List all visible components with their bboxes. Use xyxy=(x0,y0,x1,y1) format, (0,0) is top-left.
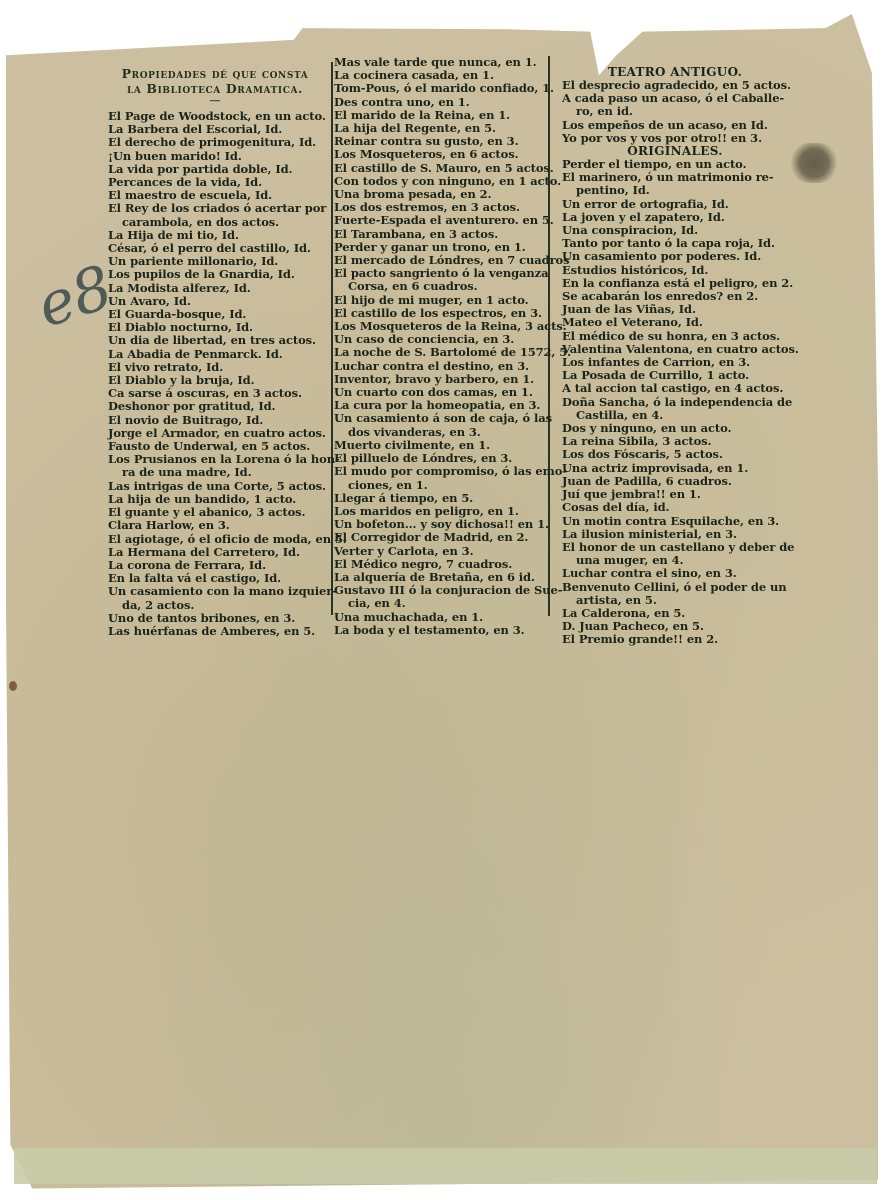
list-item: Los empeños de un acaso, en Id. xyxy=(562,119,788,132)
column-3: TEATRO ANTIGUO.El desprecio agradecido, … xyxy=(562,66,788,647)
list-item: Estudios históricos, Id. xyxy=(562,264,788,277)
list-item: Un dia de libertad, en tres actos. xyxy=(108,334,330,347)
list-item: A tal accion tal castigo, en 4 actos. xyxy=(562,382,788,395)
list-item: El médico de su honra, en 3 actos. xyxy=(562,330,788,343)
title-separator: — xyxy=(110,96,320,106)
list-item: El hijo de mi muger, en 1 acto. xyxy=(334,294,552,307)
list-item: El mudo por compromiso, ó las emo- xyxy=(334,465,552,478)
list-item: Clara Harlow, en 3. xyxy=(108,519,330,532)
list-item: La ilusion ministerial, en 3. xyxy=(562,528,788,541)
list-item: Luchar contra el sino, en 3. xyxy=(562,567,788,580)
list-item: ro, en id. xyxy=(562,105,788,118)
list-item: Cosas del día, id. xyxy=(562,501,788,514)
list-item: El Premio grande!! en 2. xyxy=(562,633,788,646)
list-item: El Tarambana, en 3 actos. xyxy=(334,228,552,241)
list-item: Des contra uno, en 1. xyxy=(334,96,552,109)
list-item: Deshonor por gratitud, Id. xyxy=(108,400,330,413)
list-item: Un error de ortografia, Id. xyxy=(562,198,788,211)
list-item: Un casamiento por poderes. Id. xyxy=(562,250,788,263)
list-item: da, 2 actos. xyxy=(108,599,330,612)
list-item: El agiotage, ó el oficio de moda, en 5. xyxy=(108,533,330,546)
list-item: cia, en 4. xyxy=(334,597,552,610)
column-1: El Page de Woodstock, en un acto.La Barb… xyxy=(108,110,330,638)
list-item: Luchar contra el destino, en 3. xyxy=(334,360,552,373)
list-item: Una actriz improvisada, en 1. xyxy=(562,462,788,475)
list-item: La Hermana del Carretero, Id. xyxy=(108,546,330,559)
list-item: Mateo el Veterano, Id. xyxy=(562,316,788,329)
list-item: Uno de tantos bribones, en 3. xyxy=(108,612,330,625)
list-item: Corsa, en 6 cuadros. xyxy=(334,280,552,293)
catalog-title: Propiedades dé que consta la Biblioteca … xyxy=(110,66,320,106)
page-hole xyxy=(9,681,17,691)
title-line-1: Propiedades dé que consta xyxy=(110,66,320,81)
list-item: Los dos Fóscaris, 5 actos. xyxy=(562,448,788,461)
list-item: Las huérfanas de Amberes, en 5. xyxy=(108,625,330,638)
list-item: El derecho de primogenitura, Id. xyxy=(108,136,330,149)
list-item: Fuerte-Espada el aventurero. en 5. xyxy=(334,214,552,227)
list-item: Tom-Pous, ó el marido confiado, 1. xyxy=(334,82,552,95)
list-item: La Modista alferez, Id. xyxy=(108,282,330,295)
list-item: Los Mosqueteros, en 6 actos. xyxy=(334,148,552,161)
list-item: ¡Un buen marido! Id. xyxy=(108,150,330,163)
page-bottom-fold xyxy=(14,1148,877,1184)
list-item: Doña Sancha, ó la independencia de xyxy=(562,396,788,409)
list-item: ra de una madre, Id. xyxy=(108,466,330,479)
column-2: Mas vale tarde que nunca, en 1.La cocine… xyxy=(334,56,552,637)
list-item: Un casamiento con la mano izquier- xyxy=(108,585,330,598)
list-item: Un casamiento á son de caja, ó las xyxy=(334,412,552,425)
list-item: La noche de S. Bartolomé de 1572, 5. xyxy=(334,346,552,359)
list-item: El novio de Buitrago, Id. xyxy=(108,414,330,427)
list-item: El castillo de S. Mauro, en 5 actos. xyxy=(334,162,552,175)
ink-stain xyxy=(790,143,838,183)
list-item: Las intrigas de una Corte, 5 actos. xyxy=(108,480,330,493)
list-item: ciones, en 1. xyxy=(334,479,552,492)
list-item: Benvenuto Cellini, ó el poder de un xyxy=(562,581,788,594)
list-item: El Médico negro, 7 cuadros. xyxy=(334,558,552,571)
list-item: La boda y el testamento, en 3. xyxy=(334,624,552,637)
list-item: artista, en 5. xyxy=(562,594,788,607)
list-item: dos vivanderas, en 3. xyxy=(334,426,552,439)
list-item: La Abadia de Penmarck. Id. xyxy=(108,348,330,361)
list-item: pentino, Id. xyxy=(562,184,788,197)
list-item: El Rey de los criados ó acertar por xyxy=(108,202,330,215)
list-item: Los pupilos de la Gnardia, Id. xyxy=(108,268,330,281)
list-item: Verter y Carlota, en 3. xyxy=(334,545,552,558)
list-item: carambola, en dos actos. xyxy=(108,216,330,229)
list-item: Una muchachada, en 1. xyxy=(334,611,552,624)
list-item: Llegar á tiempo, en 5. xyxy=(334,492,552,505)
list-item: El Corregidor de Madrid, en 2. xyxy=(334,531,552,544)
list-item: Un motin contra Esquilache, en 3. xyxy=(562,515,788,528)
